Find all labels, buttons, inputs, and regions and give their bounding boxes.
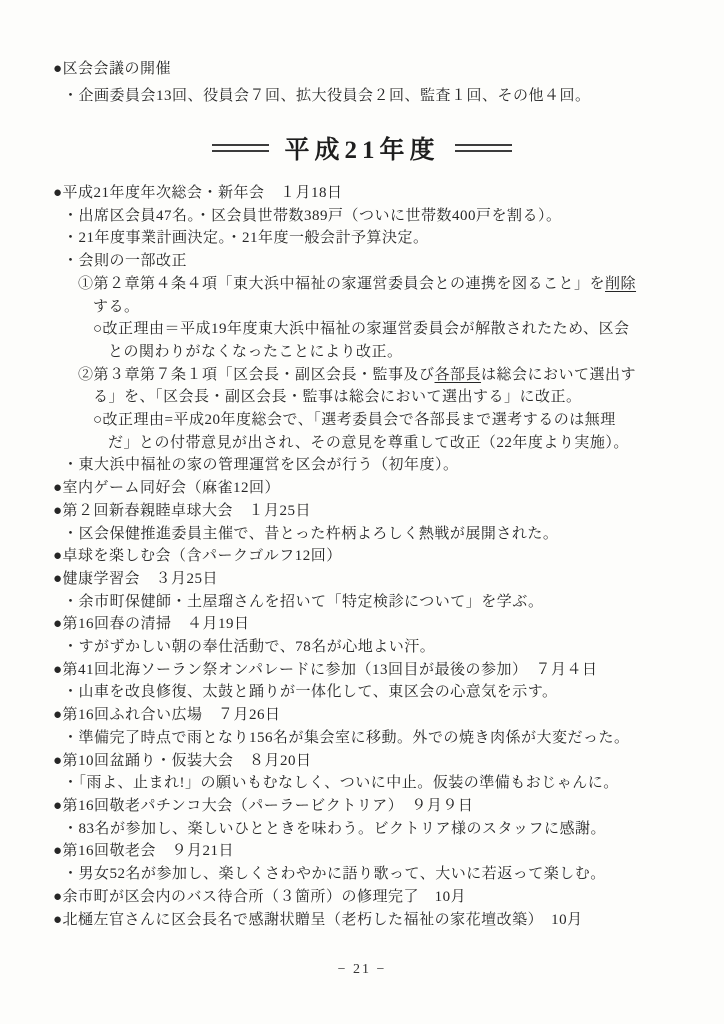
text-line: だ」との付帯意見が出され、その意見を尊重して改正（22年度より実施）。 bbox=[0, 432, 724, 455]
text-segment: ●余市町が区会内のバス待合所（３箇所）の修理完了 10月 bbox=[53, 889, 466, 905]
text-line: ●余市町が区会内のバス待合所（３箇所）の修理完了 10月 bbox=[0, 886, 724, 909]
text-segment: ・「雨よ、止まれ!」の願いもむなしく、ついに中止。仮装の準備もおじゃんに。 bbox=[63, 775, 619, 791]
fiscal-year-heading: 平成21年度 bbox=[0, 128, 724, 168]
text-segment: ●第16回敬老パチンコ大会（パーラービクトリア） ９月９日 bbox=[53, 798, 473, 814]
text-line: ●第16回敬老会 ９月21日 bbox=[0, 840, 724, 863]
text-segment: ①第２章第４条４項「東大浜中福祉の家運営委員会との連携を図ること」を bbox=[78, 276, 605, 292]
text-segment: する。 bbox=[93, 299, 140, 315]
text-line: ●区会会議の開催 bbox=[0, 56, 724, 83]
text-line: ●健康学習会 ３月25日 bbox=[0, 568, 724, 591]
underlined-text: 削除 bbox=[605, 276, 636, 292]
text-segment: ●第41回北海ソーラン祭オンパレードに参加（13回目が最後の参加） ７月４日 bbox=[53, 662, 598, 678]
text-segment: ○改正理由=平成20年度総会で、「選考委員会で各部長まで選考するのは無理 bbox=[93, 412, 616, 428]
text-line: る」を、「区会長・副区会長・監事は総会において選出する」に改正。 bbox=[0, 386, 724, 409]
text-segment: ・山車を改良修復、太鼓と踊りが一体化して、東区会の心意気を示す。 bbox=[63, 684, 558, 700]
heading-right-rule bbox=[455, 144, 512, 152]
text-segment: ・21年度事業計画決定。・21年度一般会計予算決定。 bbox=[63, 230, 429, 246]
text-segment: ○改正理由＝平成19年度東大浜中福祉の家運営委員会が解散されたため、区会 bbox=[93, 321, 629, 337]
text-segment: ・準備完了時点で雨となり156名が集会室に移動。外での焼き肉係が大変だった。 bbox=[63, 730, 630, 746]
text-line: ・区会保健推進委員主催で、昔とった杵柄よろしく熱戦が展開された。 bbox=[0, 523, 724, 546]
text-line: ・21年度事業計画決定。・21年度一般会計予算決定。 bbox=[0, 227, 724, 250]
text-segment: ●第16回春の清掃 ４月19日 bbox=[53, 616, 250, 632]
text-line: との関わりがなくなったことにより改正。 bbox=[0, 341, 724, 364]
text-line: ○改正理由＝平成19年度東大浜中福祉の家運営委員会が解散されたため、区会 bbox=[0, 318, 724, 341]
underlined-text: 各部長 bbox=[435, 367, 482, 383]
text-segment: ●平成21年度年次総会・新年会 １月18日 bbox=[53, 185, 343, 201]
text-line: ●卓球を楽しむ会（含パークゴルフ12回） bbox=[0, 545, 724, 568]
text-segment: ・区会保健推進委員主催で、昔とった杵柄よろしく熱戦が展開された。 bbox=[63, 526, 558, 542]
text-segment: ●第10回盆踊り・仮装大会 ８月20日 bbox=[53, 753, 312, 769]
text-segment: ・東大浜中福祉の家の管理運営を区会が行う（初年度）。 bbox=[63, 457, 459, 473]
text-line: ②第３章第７条１項「区会長・副区会長・監事及び各部長は総会において選出す bbox=[0, 364, 724, 387]
text-line: ・83名が参加し、楽しいひとときを味わう。ビクトリア様のスタッフに感謝。 bbox=[0, 818, 724, 841]
heading-title: 平成21年度 bbox=[284, 130, 439, 166]
text-line: ●第16回敬老パチンコ大会（パーラービクトリア） ９月９日 bbox=[0, 795, 724, 818]
intro-section: ●区会会議の開催・企画委員会13回、役員会７回、拡大役員会２回、監査１回、その他… bbox=[0, 56, 724, 110]
text-segment: ●第16回ふれ合い広場 ７月26日 bbox=[53, 707, 281, 723]
text-segment: る」を、「区会長・副区会長・監事は総会において選出する」に改正。 bbox=[93, 389, 582, 405]
text-segment: ●区会会議の開催 bbox=[53, 61, 171, 77]
page-number: − 21 − bbox=[338, 962, 387, 977]
text-segment: ・83名が参加し、楽しいひとときを味わう。ビクトリア様のスタッフに感謝。 bbox=[63, 821, 606, 837]
text-segment: ●健康学習会 ３月25日 bbox=[53, 571, 218, 587]
text-line: ●第16回ふれ合い広場 ７月26日 bbox=[0, 704, 724, 727]
text-line: ①第２章第４条４項「東大浜中福祉の家運営委員会との連携を図ること」を削除 bbox=[0, 273, 724, 296]
text-line: ○改正理由=平成20年度総会で、「選考委員会で各部長まで選考するのは無理 bbox=[0, 409, 724, 432]
text-line: ・男女52名が参加し、楽しくさわやかに語り歌って、大いに若返って楽しむ。 bbox=[0, 863, 724, 886]
text-line: ●第２回新春親睦卓球大会 １月25日 bbox=[0, 500, 724, 523]
text-segment: は総会において選出す bbox=[481, 367, 636, 383]
text-segment: ・余市町保健師・土屋瑠さんを招いて「特定検診について」を学ぶ。 bbox=[63, 594, 544, 610]
text-segment: ・企画委員会13回、役員会７回、拡大役員会２回、監査１回、その他４回。 bbox=[63, 88, 591, 104]
text-segment: ●卓球を楽しむ会（含パークゴルフ12回） bbox=[53, 548, 342, 564]
heading-left-rule bbox=[212, 144, 269, 152]
text-line: する。 bbox=[0, 296, 724, 319]
text-segment: との関わりがなくなったことにより改正。 bbox=[108, 344, 403, 360]
text-line: ・すがずかしい朝の奉仕活動で、78名が心地よい汗。 bbox=[0, 636, 724, 659]
text-line: ●室内ゲーム同好会（麻雀12回） bbox=[0, 477, 724, 500]
text-segment: ・会則の一部改正 bbox=[63, 253, 187, 269]
text-segment: ●北樋左官さんに区会長名で感謝状贈呈（老朽した福祉の家花壇改築） 10月 bbox=[53, 912, 583, 928]
text-segment: ・出席区会員47名。・区会員世帯数389戸（ついに世帯数400戸を割る）。 bbox=[63, 208, 562, 224]
document-page: ●区会会議の開催・企画委員会13回、役員会７回、拡大役員会２回、監査１回、その他… bbox=[0, 0, 724, 1024]
body-section: ●平成21年度年次総会・新年会 １月18日・出席区会員47名。・区会員世帯数38… bbox=[0, 182, 724, 931]
text-line: ●第16回春の清掃 ４月19日 bbox=[0, 613, 724, 636]
text-segment: ②第３章第７条１項「区会長・副区会長・監事及び bbox=[78, 367, 435, 383]
text-line: ●第10回盆踊り・仮装大会 ８月20日 bbox=[0, 750, 724, 773]
text-line: ・余市町保健師・土屋瑠さんを招いて「特定検診について」を学ぶ。 bbox=[0, 591, 724, 614]
text-line: ・会則の一部改正 bbox=[0, 250, 724, 273]
text-segment: だ」との付帯意見が出され、その意見を尊重して改正（22年度より実施）。 bbox=[108, 435, 629, 451]
text-line: ・企画委員会13回、役員会７回、拡大役員会２回、監査１回、その他４回。 bbox=[0, 83, 724, 110]
text-line: ・「雨よ、止まれ!」の願いもむなしく、ついに中止。仮装の準備もおじゃんに。 bbox=[0, 772, 724, 795]
text-segment: ・すがずかしい朝の奉仕活動で、78名が心地よい汗。 bbox=[63, 639, 435, 655]
text-line: ●平成21年度年次総会・新年会 １月18日 bbox=[0, 182, 724, 205]
text-line: ・東大浜中福祉の家の管理運営を区会が行う（初年度）。 bbox=[0, 454, 724, 477]
text-line: ・山車を改良修復、太鼓と踊りが一体化して、東区会の心意気を示す。 bbox=[0, 681, 724, 704]
page-content: ●区会会議の開催・企画委員会13回、役員会７回、拡大役員会２回、監査１回、その他… bbox=[0, 0, 724, 931]
text-segment: ●第２回新春親睦卓球大会 １月25日 bbox=[53, 503, 311, 519]
text-segment: ・男女52名が参加し、楽しくさわやかに語り歌って、大いに若返って楽しむ。 bbox=[63, 866, 606, 882]
text-line: ・準備完了時点で雨となり156名が集会室に移動。外での焼き肉係が大変だった。 bbox=[0, 727, 724, 750]
text-line: ●北樋左官さんに区会長名で感謝状贈呈（老朽した福祉の家花壇改築） 10月 bbox=[0, 909, 724, 932]
page-footer: − 21 − bbox=[0, 962, 724, 978]
text-line: ・出席区会員47名。・区会員世帯数389戸（ついに世帯数400戸を割る）。 bbox=[0, 205, 724, 228]
text-segment: ●第16回敬老会 ９月21日 bbox=[53, 843, 234, 859]
text-line: ●第41回北海ソーラン祭オンパレードに参加（13回目が最後の参加） ７月４日 bbox=[0, 659, 724, 682]
text-segment: ●室内ゲーム同好会（麻雀12回） bbox=[53, 480, 280, 496]
